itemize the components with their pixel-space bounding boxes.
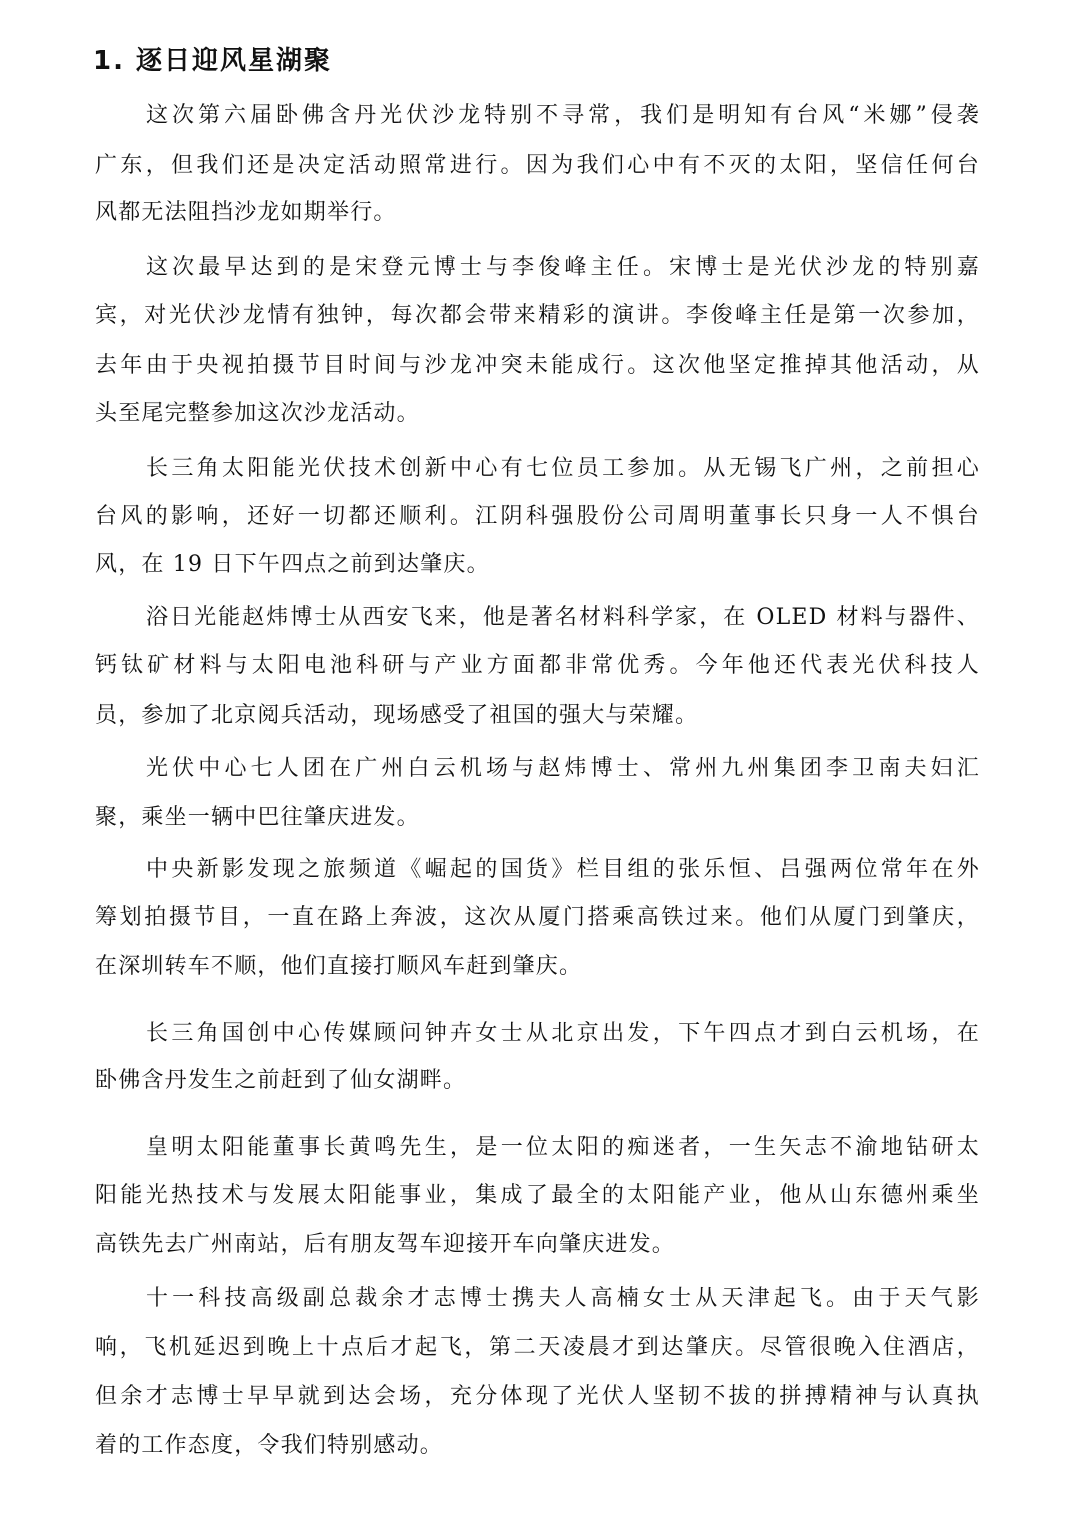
text-line: 台风的影响，还好一切都还顺利。江阴科强股份公司周明董事长只身一人不惧台 <box>95 502 980 532</box>
text-line: 宾，对光伏沙龙情有独钟，每次都会带来精彩的演讲。李俊峰主任是第一次参加， <box>95 301 980 331</box>
text-line: 头至尾完整参加这次沙龙活动。 <box>95 399 980 429</box>
text-line: 长三角太阳能光伏技术创新中心有七位员工参加。从无锡飞广州，之前担心 <box>146 454 980 484</box>
text-line: 这次最早达到的是宋登元博士与李俊峰主任。宋博士是光伏沙龙的特别嘉 <box>146 253 980 283</box>
text-line: 聚，乘坐一辆中巴往肇庆进发。 <box>95 803 980 833</box>
text-line: 风，在 19 日下午四点之前到达肇庆。 <box>95 550 980 580</box>
text-line: 卧佛含丹发生之前赶到了仙女湖畔。 <box>95 1066 980 1096</box>
text-line: 这次第六届卧佛含丹光伏沙龙特别不寻常，我们是明知有台风“米娜”侵袭 <box>146 101 980 131</box>
text-line: 皇明太阳能董事长黄鸣先生，是一位太阳的痴迷者，一生矢志不渝地钻研太 <box>146 1133 980 1163</box>
text-line: 光伏中心七人团在广州白云机场与赵炜博士、常州九州集团李卫南夫妇汇 <box>146 754 980 784</box>
text-line: 中央新影发现之旅频道《崛起的国货》栏目组的张乐恒、吕强两位常年在外 <box>146 855 980 885</box>
text-line: 筹划拍摄节目，一直在路上奔波，这次从厦门搭乘高铁过来。他们从厦门到肇庆， <box>95 903 980 933</box>
text-line: 浴日光能赵炜博士从西安飞来，他是著名材料科学家，在 OLED 材料与器件、 <box>146 603 980 633</box>
text-line: 高铁先去广州南站，后有朋友驾车迎接开车向肇庆进发。 <box>95 1230 980 1260</box>
text-line: 在深圳转车不顺，他们直接打顺风车赶到肇庆。 <box>95 952 980 982</box>
text-line: 风都无法阻挡沙龙如期举行。 <box>95 198 980 228</box>
text-line: 钙钛矿材料与太阳电池科研与产业方面都非常优秀。今年他还代表光伏科技人 <box>95 651 980 681</box>
text-line: 着的工作态度，令我们特别感动。 <box>95 1431 980 1461</box>
text-line: 员，参加了北京阅兵活动，现场感受了祖国的强大与荣耀。 <box>95 701 980 731</box>
text-line: 去年由于央视拍摄节目时间与沙龙冲突未能成行。这次他坚定推掉其他活动，从 <box>95 351 980 381</box>
section-title: 1. 逐日迎风星湖聚 <box>93 40 332 77</box>
text-line: 响，飞机延迟到晚上十点后才起飞，第二天凌晨才到达肇庆。尽管很晚入住酒店， <box>95 1333 980 1363</box>
text-line: 广东，但我们还是决定活动照常进行。因为我们心中有不灭的太阳，坚信任何台 <box>95 151 980 181</box>
text-line: 阳能光热技术与发展太阳能事业，集成了最全的太阳能产业，他从山东德州乘坐 <box>95 1181 980 1211</box>
text-line: 十一科技高级副总裁余才志博士携夫人高楠女士从天津起飞。由于天气影 <box>146 1284 980 1314</box>
text-line: 但余才志博士早早就到达会场，充分体现了光伏人坚韧不拔的拼搏精神与认真执 <box>95 1382 980 1412</box>
text-line: 长三角国创中心传媒顾问钟卉女士从北京出发，下午四点才到白云机场，在 <box>146 1019 980 1049</box>
